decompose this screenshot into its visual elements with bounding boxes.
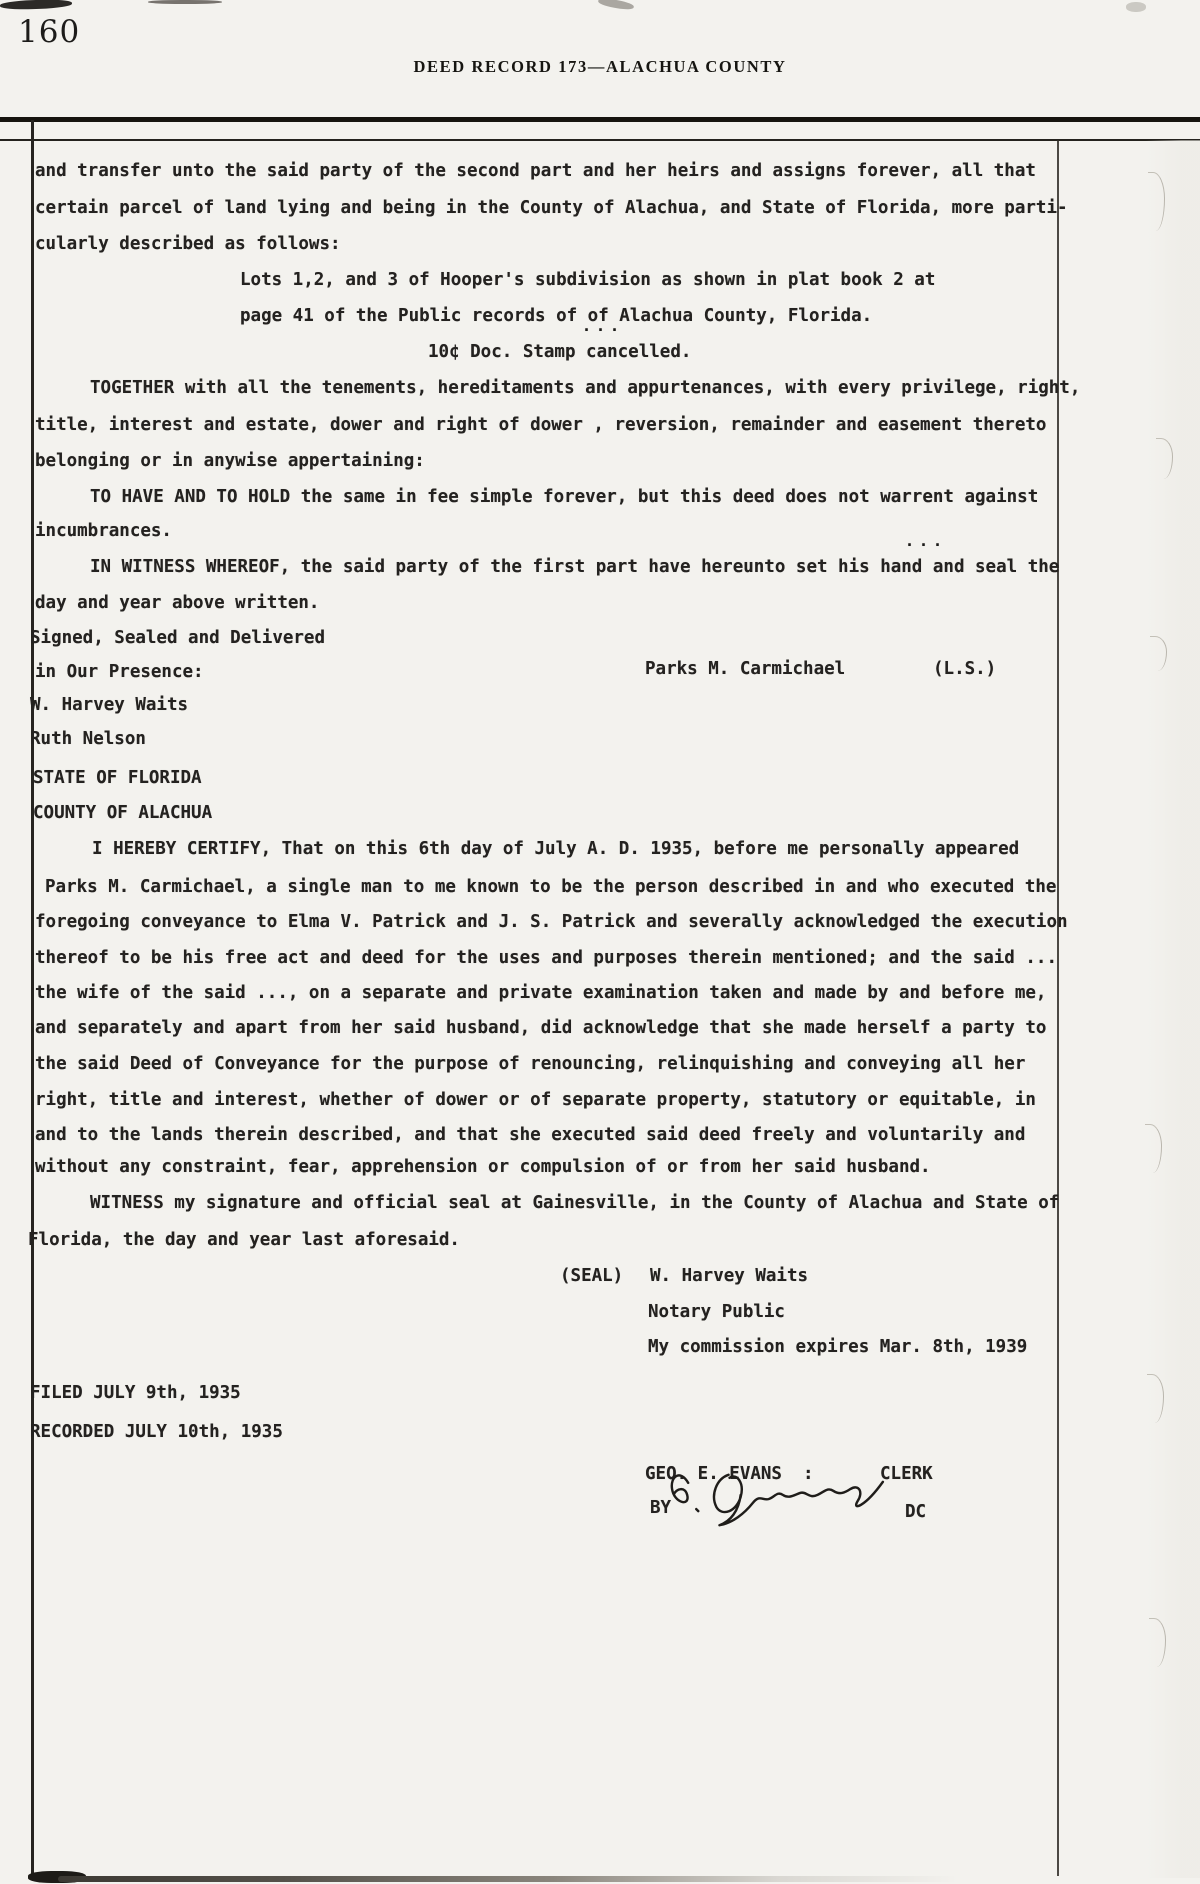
- document-line: belonging or in anywise appertaining:: [35, 450, 425, 472]
- document-line: RECORDED JULY 10th, 1935: [30, 1421, 283, 1443]
- document-line: TOGETHER with all the tenements, heredit…: [90, 377, 1080, 399]
- document-line: W. Harvey Waits: [650, 1265, 808, 1287]
- document-line: title, interest and estate, dower and ri…: [35, 414, 1046, 436]
- document-line: Lots 1,2, and 3 of Hooper's subdivision …: [240, 269, 935, 291]
- scan-smudge: [598, 0, 635, 11]
- document-line: IN WITNESS WHEREOF, the said party of th…: [90, 556, 1059, 578]
- document-line: the wife of the said ..., on a separate …: [35, 982, 1046, 1004]
- document-line: certain parcel of land lying and being i…: [35, 197, 1068, 219]
- header-title: DEED RECORD 173—ALACHUA COUNTY: [0, 57, 1200, 77]
- document-line: COUNTY OF ALACHUA: [33, 802, 212, 824]
- document-line: incumbrances.: [35, 520, 172, 542]
- left-margin-rule: [31, 120, 34, 1880]
- document-line: Parks M. Carmichael: [645, 658, 845, 680]
- document-line: W. Harvey Waits: [30, 694, 188, 716]
- scan-smudge: [0, 0, 72, 10]
- document-line: Florida, the day and year last aforesaid…: [28, 1229, 460, 1251]
- document-line: in Our Presence:: [35, 661, 204, 683]
- clerk-signature: [666, 1466, 898, 1530]
- document-line: FILED JULY 9th, 1935: [30, 1382, 241, 1404]
- document-line: day and year above written.: [35, 592, 319, 614]
- document-line: ...: [582, 319, 624, 333]
- document-line: Signed, Sealed and Delivered: [30, 627, 325, 649]
- document-line: DC: [905, 1501, 926, 1523]
- document-line: page 41 of the Public records of of Alac…: [240, 305, 872, 327]
- document-line: and transfer unto the said party of the …: [35, 160, 1036, 182]
- document-line: I HEREBY CERTIFY, That on this 6th day o…: [92, 838, 1019, 860]
- document-line: 10¢ Doc. Stamp cancelled.: [428, 341, 691, 363]
- document-line: cularly described as follows:: [35, 233, 341, 255]
- document-line: Parks M. Carmichael, a single man to me …: [45, 876, 1056, 898]
- document-line: foregoing conveyance to Elma V. Patrick …: [35, 911, 1068, 933]
- document-line: Notary Public: [648, 1301, 785, 1323]
- document-line: (L.S.): [933, 658, 996, 680]
- document-line: without any constraint, fear, apprehensi…: [35, 1156, 931, 1178]
- scan-smudge: [58, 1876, 958, 1882]
- scan-smudge: [148, 0, 222, 4]
- deed-record-page: 160 DEED RECORD 173—ALACHUA COUNTY and t…: [0, 0, 1200, 1884]
- document-line: and separately and apart from her said h…: [35, 1017, 1046, 1039]
- document-line: the said Deed of Conveyance for the purp…: [35, 1053, 1025, 1075]
- document-line: WITNESS my signature and official seal a…: [90, 1192, 1059, 1214]
- document-line: STATE OF FLORIDA: [33, 767, 202, 789]
- page-number: 160: [18, 14, 80, 50]
- header-rule-thin: [0, 139, 1200, 141]
- header-rule-thick: [0, 117, 1200, 122]
- document-line: thereof to be his free act and deed for …: [35, 947, 1057, 969]
- document-line: Ruth Nelson: [30, 728, 146, 750]
- document-line: TO HAVE AND TO HOLD the same in fee simp…: [90, 486, 1038, 508]
- document-line: and to the lands therein described, and …: [35, 1124, 1025, 1146]
- right-margin-rule: [1057, 140, 1059, 1876]
- document-line: ...: [905, 534, 947, 548]
- document-line: (SEAL): [560, 1265, 623, 1287]
- scan-smudge: [1126, 2, 1146, 12]
- document-line: My commission expires Mar. 8th, 1939: [648, 1336, 1027, 1358]
- document-line: right, title and interest, whether of do…: [35, 1089, 1036, 1111]
